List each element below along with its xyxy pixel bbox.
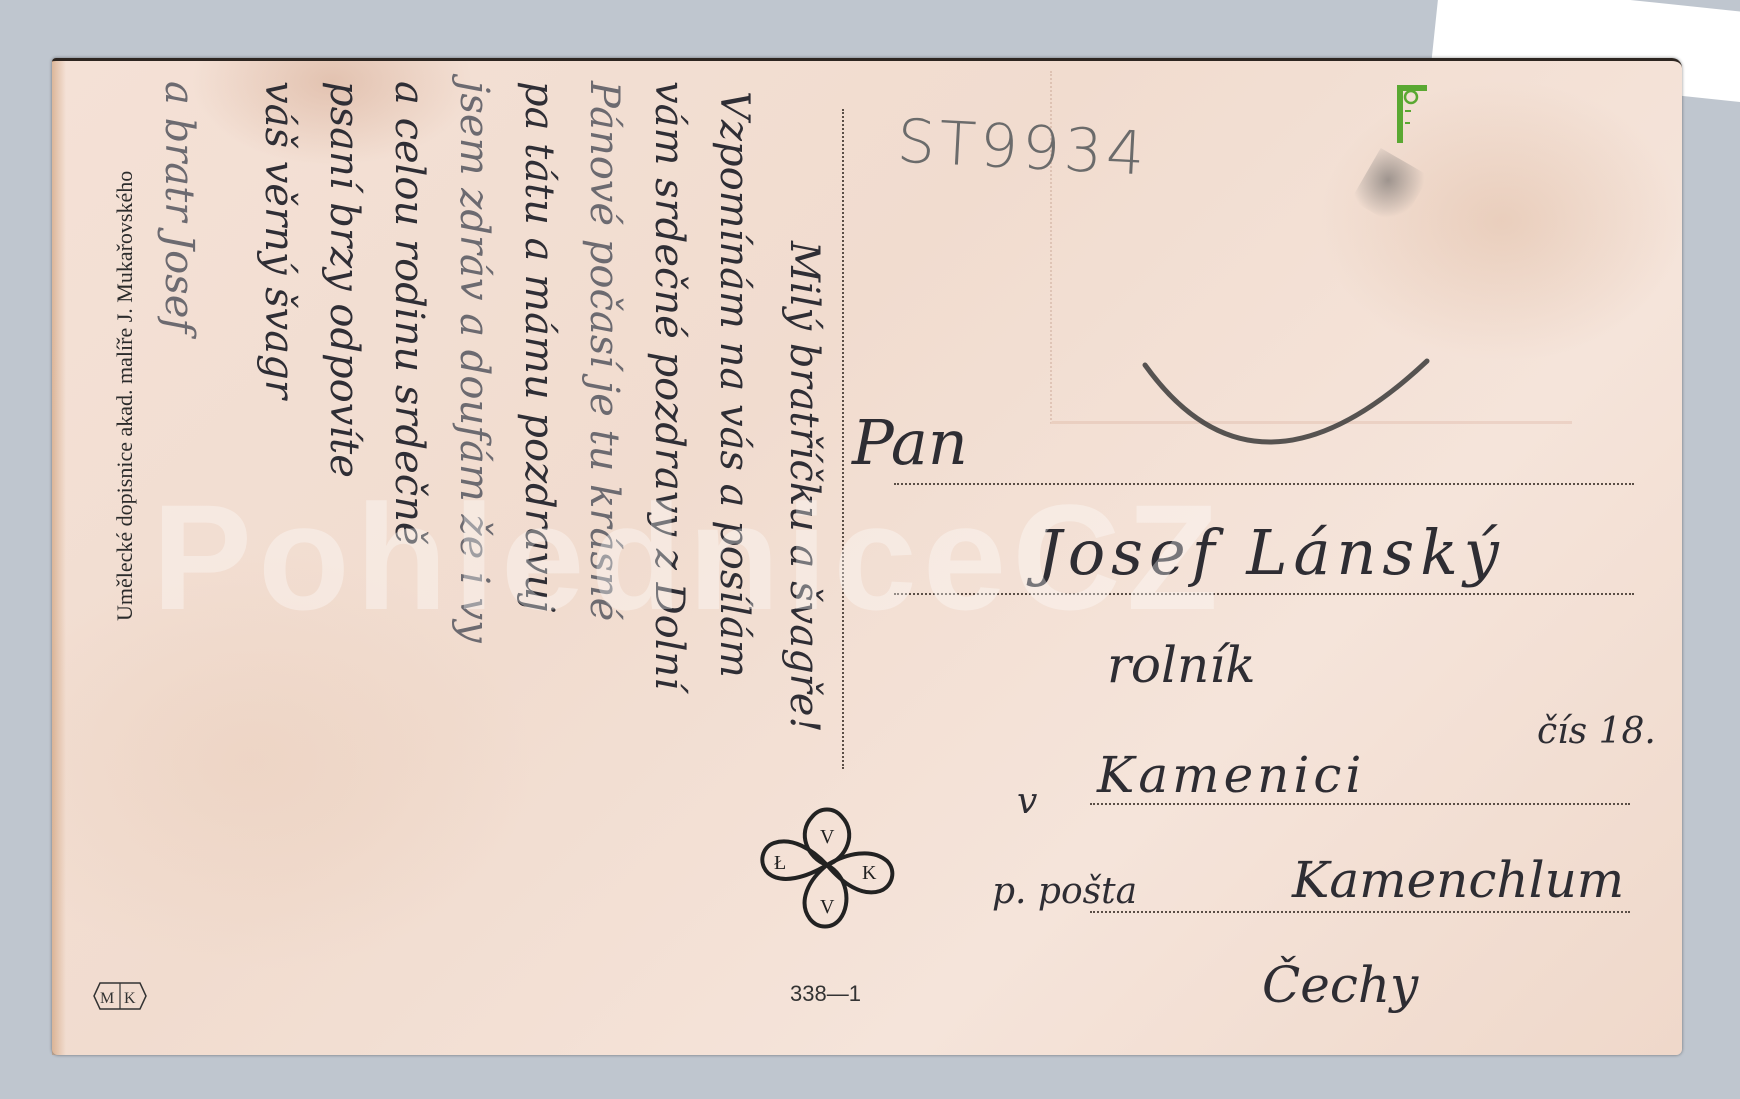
message-line: a bratr Josef — [156, 81, 202, 333]
stamp-remnant-icon — [1395, 83, 1429, 145]
message-line: pa tátu a mámu pozdravuj — [516, 81, 562, 612]
svg-text:K: K — [862, 862, 877, 884]
address-post-prefix: p. pošta — [992, 871, 1137, 912]
publisher-clover-logo-icon: V K V Ł — [752, 803, 902, 933]
publisher-note: Umělecké dopisnice akad. malíře J. Mukař… — [112, 171, 138, 621]
postmark-arc — [1137, 351, 1437, 511]
address-divider — [842, 109, 844, 769]
svg-text:V: V — [820, 896, 835, 918]
address-salutation: Pan — [852, 406, 968, 479]
message-line: váš věrný švagr — [256, 81, 302, 399]
message-line: Vzpomínám na vás a posílám — [711, 91, 757, 678]
address-line-1 — [894, 483, 1634, 485]
svg-text:V: V — [820, 826, 835, 848]
svg-text:K: K — [124, 990, 136, 1007]
address-occupation: rolník — [1107, 636, 1256, 694]
svg-text:Ł: Ł — [774, 852, 786, 874]
message-line: Milý bratříčku a švagře! — [781, 241, 827, 733]
address-place: Kamenici — [1097, 746, 1365, 804]
address-place-prefix: v — [1017, 781, 1037, 822]
address-line-4 — [1090, 911, 1630, 913]
message-line: vám srdečné pozdravy z Dolní — [646, 81, 692, 690]
postcard-back: ST9934 Pan Josef Lánský rolník čís 18. v… — [52, 58, 1682, 1055]
address-post-office: Kamenchlum — [1292, 851, 1624, 909]
message-line: a celou rodinu srdečně — [386, 81, 432, 546]
address-house-number: čís 18. — [1537, 711, 1656, 752]
message-line: jsem zdráv a doufám že i vy — [451, 81, 497, 643]
address-name: Josef Lánský — [1037, 516, 1505, 589]
mk-publisher-logo-icon: M K — [92, 979, 148, 1013]
svg-text:M: M — [100, 990, 114, 1007]
inventory-code: ST9934 — [895, 106, 1150, 189]
address-country: Čechy — [1262, 956, 1418, 1014]
message-line: psaní brzy odpovíte — [321, 81, 367, 478]
series-number: 338—1 — [790, 981, 861, 1007]
address-line-2 — [894, 593, 1634, 595]
message-line: Pánové počasí je tu krásné — [581, 81, 627, 621]
